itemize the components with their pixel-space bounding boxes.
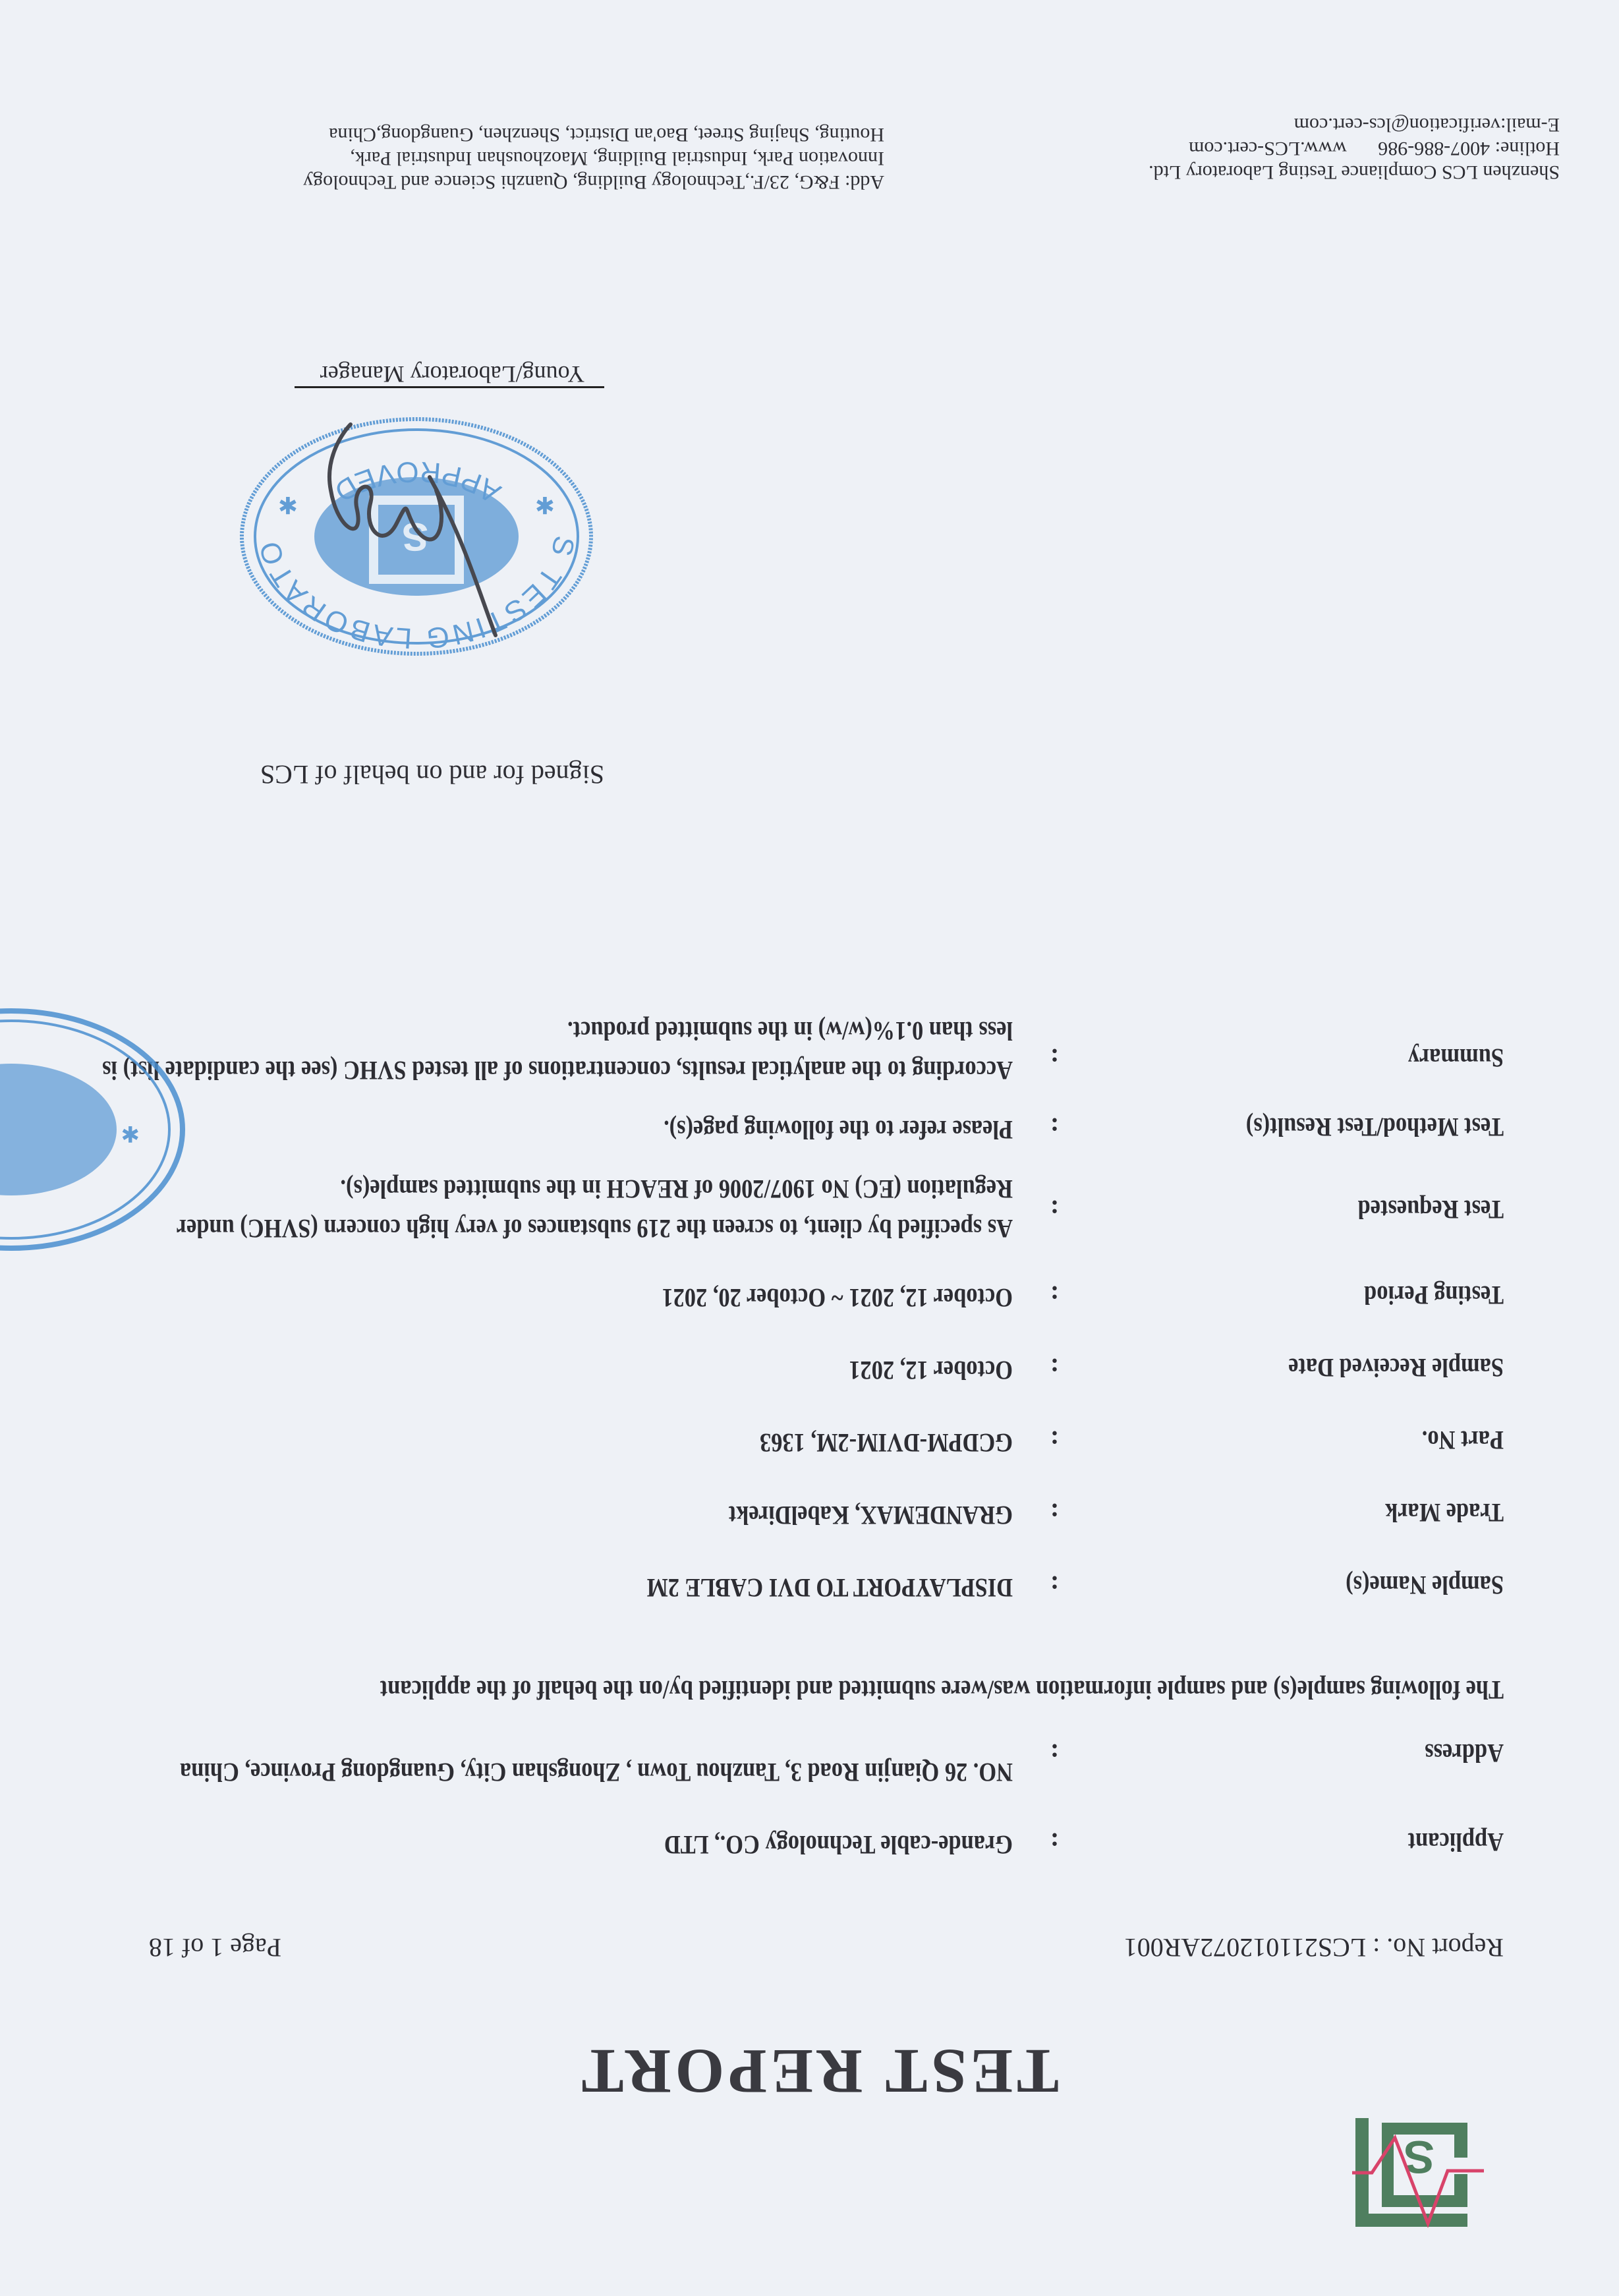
test-requested-value: As specified by client, to screen the 21… — [84, 1169, 1013, 1248]
address-value: NO. 26 Qianjin Road 3, Tanzhou Town , Zh… — [84, 1752, 1013, 1792]
page-title: TEST REPORT — [578, 2035, 1059, 2108]
colon: : — [1050, 1043, 1059, 1074]
colon: : — [1050, 1570, 1059, 1601]
testing-period-label: Testing Period — [1364, 1280, 1504, 1311]
test-method-label: Test Method/Test Result(s) — [1246, 1112, 1504, 1143]
colon: : — [1050, 1425, 1059, 1456]
footer-hotline: Hotline: 4007-886-986 — [1378, 138, 1560, 159]
signatory-name: Young/Laboratory Manager — [320, 360, 584, 388]
received-date-label: Sample Received Date — [1288, 1352, 1504, 1383]
footer-address-line: Add: F&G, 23/F.,Technology Building, Qua… — [303, 170, 884, 194]
testing-period-value: October 12, 2021 ~ October 20, 2021 — [208, 1278, 1013, 1317]
summary-value: According to the analytical results, con… — [84, 1011, 1013, 1090]
footer-address-line: Houting, Shajing Street, Bao'an District… — [303, 123, 884, 146]
trade-mark-value: GRANDEMAX, KabelDirekt — [208, 1495, 1013, 1535]
page-indicator: Page 1 of 18 — [149, 1932, 281, 1963]
colon: : — [1050, 1280, 1059, 1311]
report-number: Report No. : LCS211012072AR001 — [1124, 1932, 1504, 1963]
part-no-value: GCDPM-DVIM-2M, 1363 — [208, 1423, 1013, 1462]
colon: : — [1050, 1352, 1059, 1383]
svg-text:✱: ✱ — [121, 1121, 140, 1146]
sample-name-label: Sample Name(s) — [1346, 1570, 1504, 1601]
footer-company-info: Shenzhen LCS Compliance Testing Laborato… — [1149, 113, 1560, 184]
lcs-logo-icon: S — [1352, 2118, 1484, 2233]
colon: : — [1050, 1738, 1059, 1769]
colon: : — [1050, 1112, 1059, 1143]
summary-label: Summary — [1408, 1043, 1504, 1074]
svg-text:✱: ✱ — [278, 492, 298, 518]
sample-intro-text: The following sample(s) and sample infor… — [370, 1670, 1504, 1709]
received-date-value: October 12, 2021 — [208, 1350, 1013, 1390]
applicant-value: Grande-cable Technology CO., LTD — [208, 1825, 1013, 1864]
colon: : — [1050, 1497, 1059, 1528]
trade-mark-label: Trade Mark — [1385, 1497, 1504, 1528]
footer-website: www.LCS-cert.com — [1189, 138, 1347, 159]
colon: : — [1050, 1194, 1059, 1225]
colon: : — [1050, 1827, 1059, 1858]
part-no-label: Part No. — [1422, 1425, 1504, 1456]
footer-email: E-mail:verification@lcs-cert.com — [1149, 113, 1560, 136]
sample-name-value: DISPLAYPORT TO DVI CABLE 2M — [208, 1568, 1013, 1607]
approval-stamp-icon: S LCS TESTING LABORATORY APPROVED ✱ ✱ — [232, 411, 601, 662]
footer-hotline-row: Hotline: 4007-886-986 www.LCS-cert.com — [1149, 136, 1560, 160]
svg-text:✱: ✱ — [535, 492, 555, 518]
test-report-page: S TEST REPORT Report No. : LCS211012072A… — [0, 0, 1619, 2296]
address-label: Address — [1425, 1738, 1504, 1769]
footer-address: Add: F&G, 23/F.,Technology Building, Qua… — [303, 123, 884, 194]
applicant-label: Applicant — [1408, 1827, 1504, 1858]
footer-company: Shenzhen LCS Compliance Testing Laborato… — [1149, 160, 1560, 184]
test-requested-label: Test Requested — [1358, 1194, 1504, 1225]
test-method-value: Please refer to the following page(s). — [208, 1110, 1013, 1149]
footer-address-line: Innovation Park, Industrial Building, Ma… — [303, 146, 884, 170]
signed-for-text: Signed for and on behalf of LCS — [260, 759, 604, 790]
approval-stamp-partial-icon: ✱ — [0, 991, 209, 1268]
